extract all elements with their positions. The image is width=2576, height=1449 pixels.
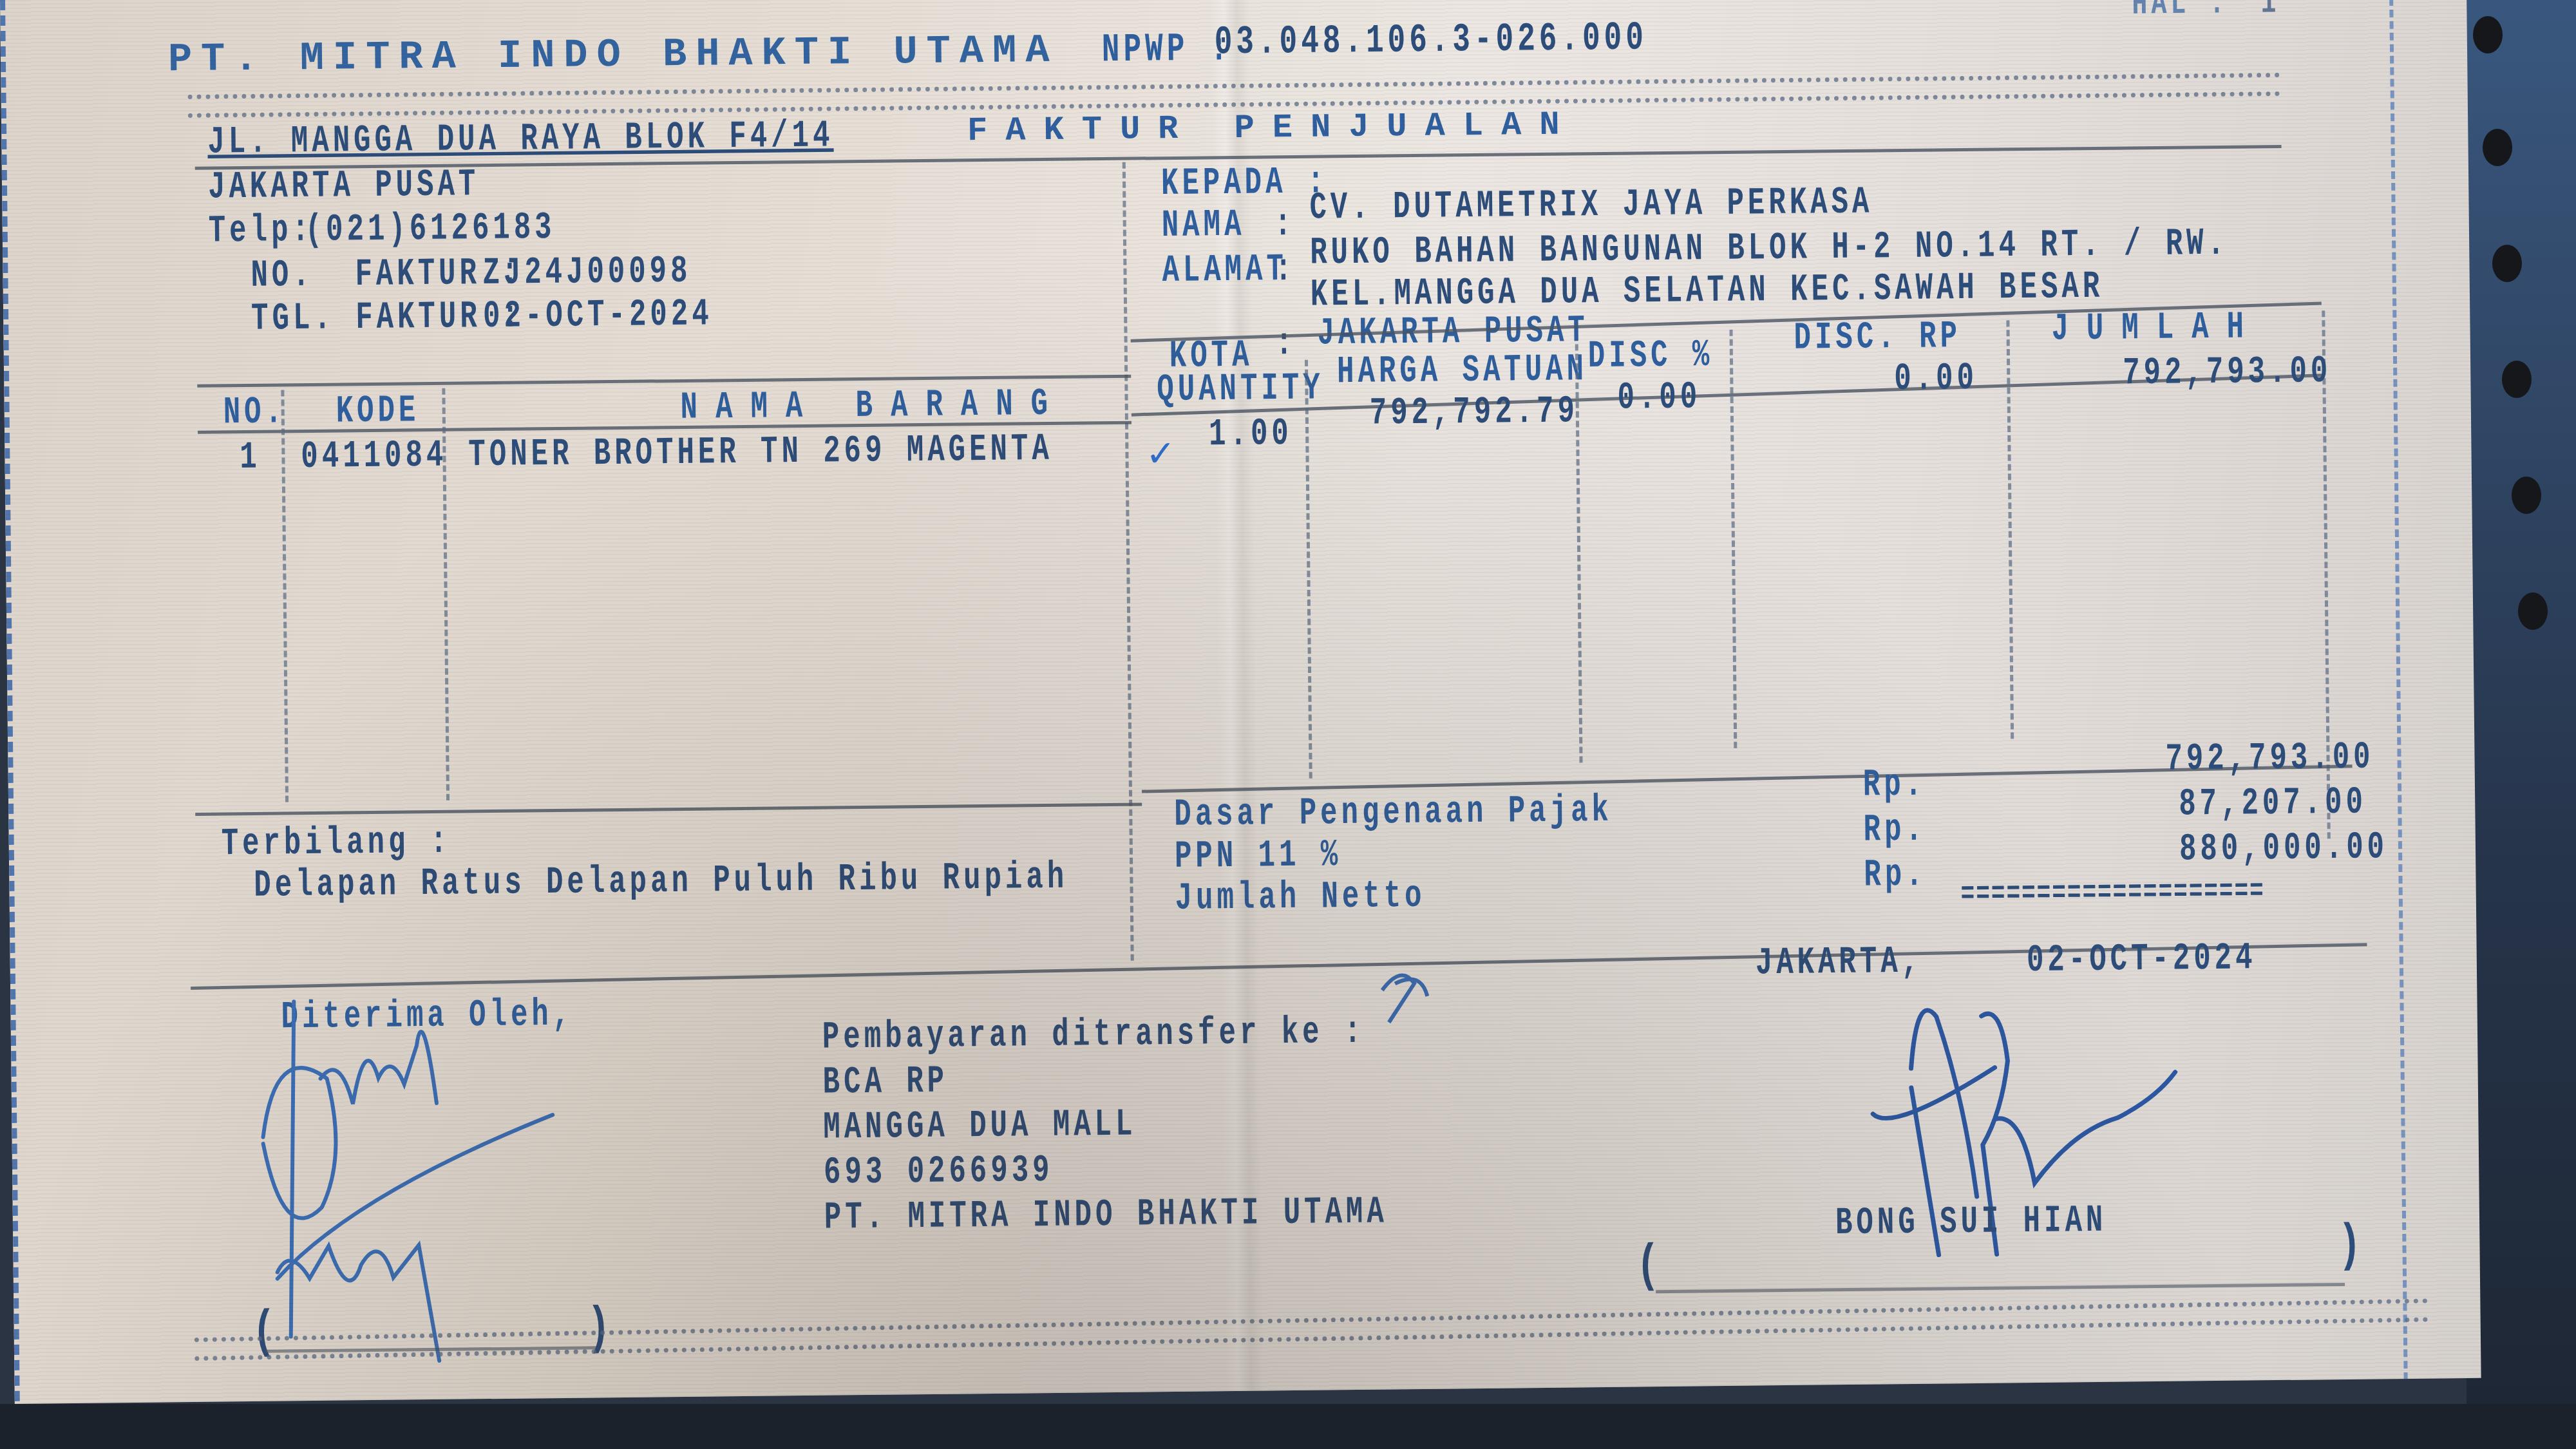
customer-name: CV. DUTAMETRIX JAYA PERKASA xyxy=(1309,181,1873,231)
npwp-label: NPWP : xyxy=(1102,26,1232,73)
col-header-no: NO. xyxy=(223,391,286,435)
ppn-label: PPN 11 % xyxy=(1175,834,1342,879)
col-header-jumlah: JUMLAH xyxy=(2051,306,2262,352)
row-disc-rp: 0.00 xyxy=(1894,357,1978,401)
left-perforation xyxy=(0,0,20,1404)
netto-currency: Rp. xyxy=(1864,853,1927,898)
row-nama-barang: TONER BROTHER TN 269 MAGENTA xyxy=(468,428,1053,477)
feed-hole xyxy=(2512,477,2541,514)
page-number: 1 xyxy=(2260,0,2280,23)
alamat-sep: : xyxy=(1274,248,1296,292)
seller-bracket-right: ) xyxy=(2338,1217,2365,1276)
col-divider-qty xyxy=(1305,360,1312,779)
npwp-value: 03.048.106.3-026.000 xyxy=(1214,15,1647,65)
nama-sep: : xyxy=(1274,203,1295,247)
invoice-no-value: ZJ24J00098 xyxy=(482,250,692,296)
page-label: HAL : xyxy=(2132,0,2229,24)
alamat-label: ALAMAT xyxy=(1162,248,1287,293)
ppn-currency: Rp. xyxy=(1863,808,1926,853)
payment-bank: BCA RP xyxy=(822,1060,948,1105)
dpp-label: Dasar Pengenaan Pajak xyxy=(1174,789,1613,837)
invoice-paper: PT. MITRA INDO BHAKTI UTAMA NPWP : 03.04… xyxy=(0,0,2481,1404)
customer-address-line2: KEL.MANGGA DUA SELATAN KEC.SAWAH BESAR xyxy=(1311,265,2104,317)
invoice-date-value: 02-OCT-2024 xyxy=(483,293,713,339)
col-header-quantity: QUANTITY xyxy=(1157,367,1324,412)
table-bottom-rule-left xyxy=(195,803,1142,816)
signer-name: BONG SUI HIAN xyxy=(1835,1199,2107,1245)
initial-mark-icon xyxy=(1369,958,1447,1029)
col-header-disc-pct: DISC % xyxy=(1588,334,1714,379)
row-quantity: 1.00 xyxy=(1209,412,1293,457)
column-divider-main xyxy=(1122,162,1134,961)
col-divider-no xyxy=(281,390,289,802)
payment-account-name: PT. MITRA INDO BHAKTI UTAMA xyxy=(824,1191,1388,1240)
row-disc-pct: 0.00 xyxy=(1617,376,1701,421)
row-kode: 0411084 xyxy=(301,434,448,479)
feed-hole xyxy=(2518,592,2548,630)
netto-double-underline: ==================== xyxy=(1960,873,2265,912)
feed-hole xyxy=(2502,361,2532,398)
col-header-kode: KODE xyxy=(336,389,419,433)
netto-label: Jumlah Netto xyxy=(1175,875,1426,921)
background-surface xyxy=(0,1404,2576,1449)
feed-hole xyxy=(2492,245,2522,282)
col-divider-disc-pct xyxy=(1730,330,1738,748)
netto-value: 880,000.00 xyxy=(2179,826,2389,871)
seller-signature-line xyxy=(1656,1283,2345,1293)
col-header-disc-rp: DISC. RP xyxy=(1794,315,1961,360)
seller-address-line2: JAKARTA PUSAT xyxy=(208,163,480,209)
ppn-value: 87,207.00 xyxy=(2179,781,2367,827)
terbilang-value: Delapan Ratus Delapan Puluh Ribu Rupiah xyxy=(254,856,1068,908)
seller-bracket-left: ( xyxy=(1636,1237,1663,1296)
row-no: 1 xyxy=(240,436,261,480)
kepada-label: KEPADA : xyxy=(1161,161,1329,206)
seller-name: PT. MITRA INDO BHAKTI UTAMA xyxy=(168,28,1059,82)
row-harga-satuan: 792,792.79 xyxy=(1369,390,1578,436)
invoice-date-label: TGL. FAKTUR : xyxy=(251,295,523,341)
invoice-no-label: NO. FAKTUR : xyxy=(251,252,522,298)
phone-label: Telp: xyxy=(208,209,313,253)
dpp-value: 792,793.00 xyxy=(2165,736,2374,782)
receiver-signature-icon xyxy=(249,972,613,1369)
col-divider-disc-rp xyxy=(2006,320,2014,739)
check-mark-icon: ✓ xyxy=(1148,429,1177,479)
col-header-harga-satuan: HARGA SATUAN xyxy=(1337,348,1588,394)
kota-sep: : xyxy=(1275,322,1296,366)
feed-hole xyxy=(2483,129,2512,166)
feed-hole xyxy=(2473,16,2503,53)
tractor-feed-holes xyxy=(2467,0,2576,1449)
invoice-title: FAKTUR PENJUALAN xyxy=(967,106,1578,150)
row-jumlah: 792,793.00 xyxy=(2123,350,2332,395)
payment-label: Pembayaran ditransfer ke : xyxy=(822,1010,1365,1059)
right-perforation xyxy=(2389,0,2408,1392)
nama-label: NAMA xyxy=(1161,204,1245,248)
phone-value: (021)6126183 xyxy=(305,206,556,252)
terbilang-label: Terbilang : xyxy=(221,820,451,866)
payment-account-no: 693 0266939 xyxy=(824,1149,1054,1195)
payment-branch: MANGGA DUA MALL xyxy=(823,1103,1137,1150)
dpp-currency: Rp. xyxy=(1863,763,1926,808)
seller-address-line1: JL. MANGGA DUA RAYA BLOK F4/14 xyxy=(207,115,834,165)
